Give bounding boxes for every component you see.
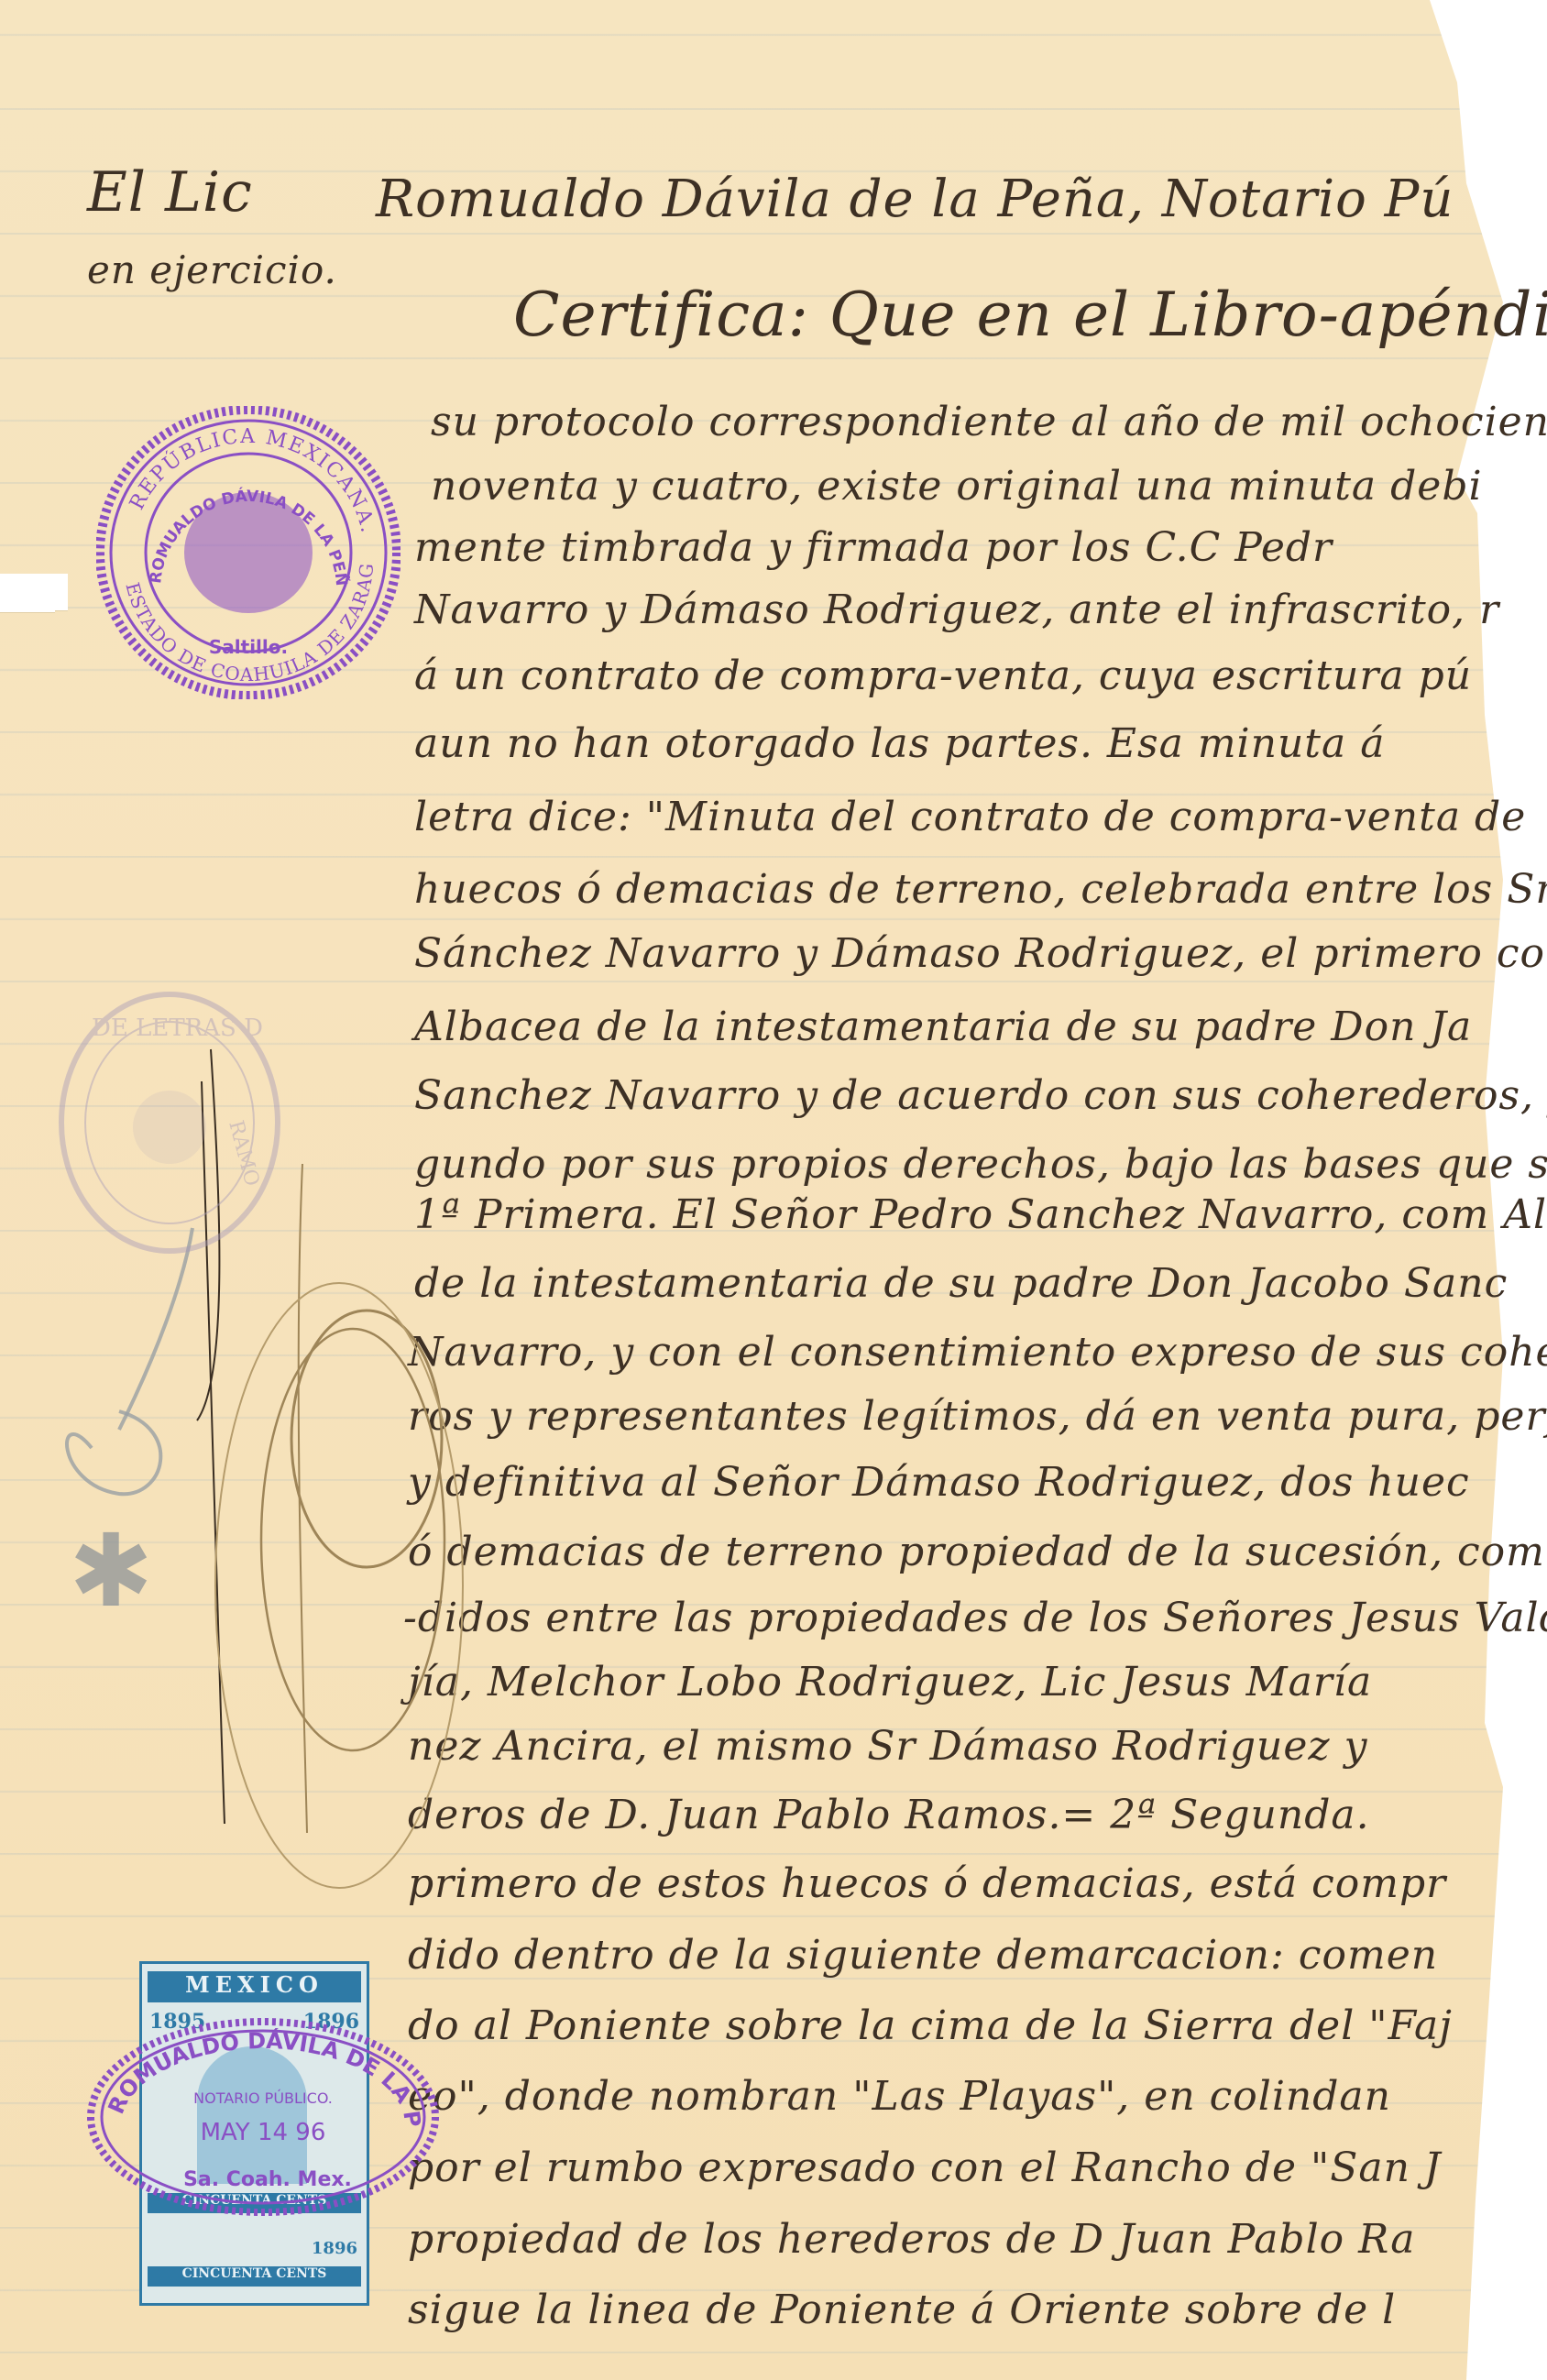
body-line: letra dice: "Minuta del contrato de comp… — [414, 794, 1526, 840]
pencil-asterisk-mark: ✱ — [69, 1512, 153, 1629]
body-line: -didos entre las propiedades de los Seño… — [403, 1595, 1547, 1641]
eagle-emblem-icon — [184, 492, 313, 613]
faded-seal-text-top: DE LETRAS D — [92, 1015, 263, 1042]
certifica-line: Certifica: Que en el Libro-apéndice de — [513, 280, 1547, 350]
body-line: noventa y cuatro, existe original una mi… — [431, 463, 1483, 510]
notary-round-seal: REPÚBLICA MEXICANA. ESTADO DE COAHUILA D… — [96, 406, 400, 699]
body-line: Albacea de la intestamentaria de su padr… — [414, 1004, 1472, 1050]
faded-seal-text-right: RAMO — [224, 1118, 263, 1189]
faded-round-seal: DE LETRAS D RAMO — [55, 985, 284, 1260]
oval-seal-location: Sa. Coah. Mex. — [183, 2168, 352, 2191]
notary-oval-seal: ROMUALDO DÁVILA DE LA PEÑA. NOTARIO PÚBL… — [84, 2016, 442, 2218]
body-line: Sánchez Navarro y Dámaso Rodriguez, el p… — [414, 930, 1545, 977]
body-line: do al Poniente sobre la cima de la Sierr… — [408, 2002, 1453, 2049]
body-line: Navarro, y con el consentimiento expreso… — [408, 1329, 1547, 1376]
oval-seal-title: NOTARIO PÚBLICO. — [193, 2089, 333, 2107]
body-line: Navarro y Dámaso Rodriguez, ante el infr… — [414, 587, 1499, 633]
seal-city-text: Saltillo. — [209, 636, 288, 658]
svg-text:ROMUALDO DÁVILA DE LA PEÑA.: ROMUALDO DÁVILA DE LA PEÑA. — [84, 2016, 426, 2129]
header-left-heading: El Lic — [87, 160, 253, 225]
body-line: nez Ancira, el mismo Sr Dámaso Rodriguez… — [408, 1723, 1367, 1770]
body-line: por el rumbo expresado con el Rancho de … — [408, 2144, 1442, 2191]
header-line-notary: Romualdo Dávila de la Peña, Notario Pú — [376, 170, 1454, 229]
body-line: ó demacias de terreno propiedad de la su… — [408, 1529, 1545, 1575]
body-line: 1ª Primera. El Señor Pedro Sanchez Navar… — [414, 1191, 1547, 1238]
body-line: y definitiva al Señor Dámaso Rodriguez, … — [408, 1459, 1470, 1506]
stamp-value-lower: CINCUENTA CENTS — [148, 2266, 361, 2287]
body-line: mente timbrada y firmada por los C.C Ped… — [414, 524, 1333, 571]
paper-tear-left-lower — [0, 596, 55, 613]
body-line: deros de D. Juan Pablo Ramos.= 2ª Segund… — [408, 1792, 1370, 1838]
body-line: huecos ó demacias de terreno, celebrada … — [414, 866, 1547, 913]
body-line: Sanchez Navarro y de acuerdo con sus coh… — [414, 1072, 1547, 1119]
body-line: jía, Melchor Lobo Rodriguez, Lic Jesus M… — [408, 1659, 1372, 1705]
body-line: primero de estos huecos ó demacias, está… — [408, 1860, 1446, 1907]
oval-seal-name: ROMUALDO DÁVILA DE LA PEÑA. — [84, 2016, 426, 2129]
eagle-emblem-icon — [133, 1091, 206, 1164]
body-line: gundo por sus propios derechos, bajo las… — [414, 1141, 1547, 1188]
body-line: aun no han otorgado las partes. Esa minu… — [414, 720, 1385, 767]
stamp-year-bottom: 1896 — [312, 2239, 357, 2258]
header-left-subheading: en ejercicio. — [87, 247, 337, 292]
oval-seal-date: MAY 14 96 — [201, 2119, 326, 2146]
body-line: eo", donde nombran "Las Playas", en coli… — [408, 2073, 1391, 2120]
body-line: á un contrato de compra-venta, cuya escr… — [414, 653, 1472, 699]
body-line: dido dentro de la siguiente demarcacion:… — [408, 1932, 1438, 1979]
body-line: su protocolo correspondiente al año de m… — [431, 399, 1547, 445]
body-line: ros y representantes legítimos, dá en ve… — [408, 1393, 1547, 1440]
stamp-country: MEXICO — [148, 1971, 361, 2002]
body-line: de la intestamentaria de su padre Don Ja… — [414, 1260, 1508, 1307]
body-line: propiedad de los herederos de D Juan Pab… — [408, 2216, 1416, 2263]
body-line: sigue la linea de Poniente á Oriente sob… — [408, 2287, 1396, 2333]
